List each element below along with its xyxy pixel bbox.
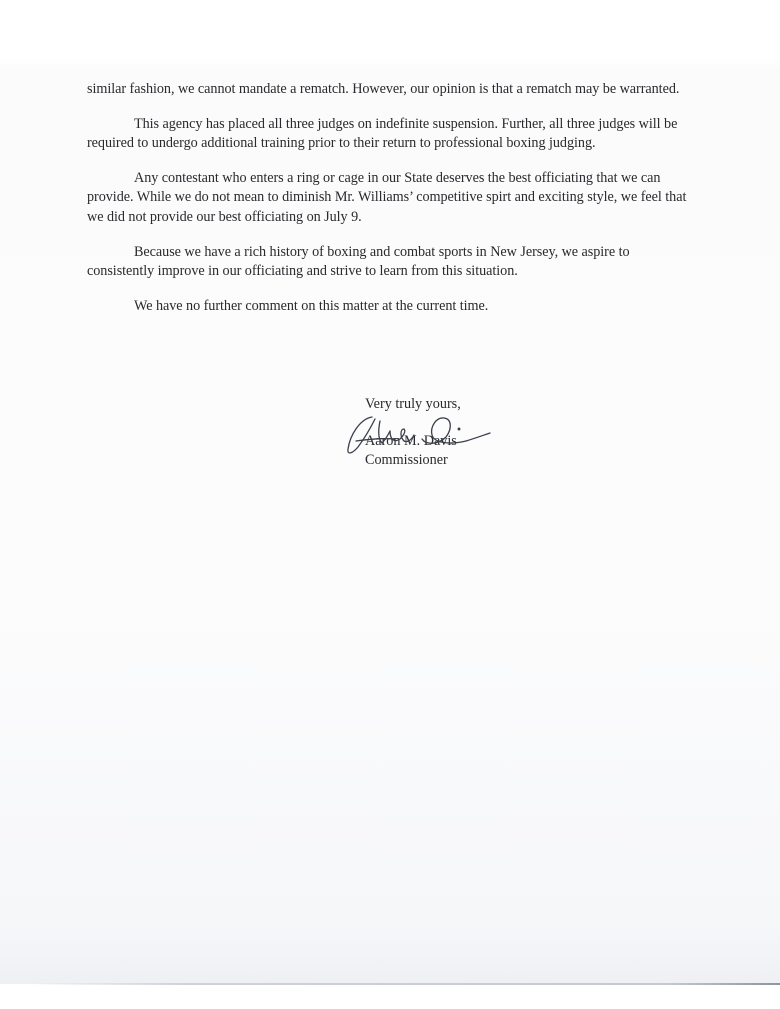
paragraph-rematch: similar fashion, we cannot mandate a rem… xyxy=(87,80,687,100)
scan-margin xyxy=(0,985,780,1009)
letter-body: similar fashion, we cannot mandate a rem… xyxy=(87,80,687,331)
paragraph-suspension: This agency has placed all three judges … xyxy=(87,115,687,154)
paragraph-no-comment: We have no further comment on this matte… xyxy=(87,297,687,317)
scanned-letter-page: similar fashion, we cannot mandate a rem… xyxy=(0,0,780,984)
paragraph-history: Because we have a rich history of boxing… xyxy=(87,243,687,282)
paragraph-officiating: Any contestant who enters a ring or cage… xyxy=(87,169,687,228)
handwritten-signature-icon xyxy=(342,405,502,460)
